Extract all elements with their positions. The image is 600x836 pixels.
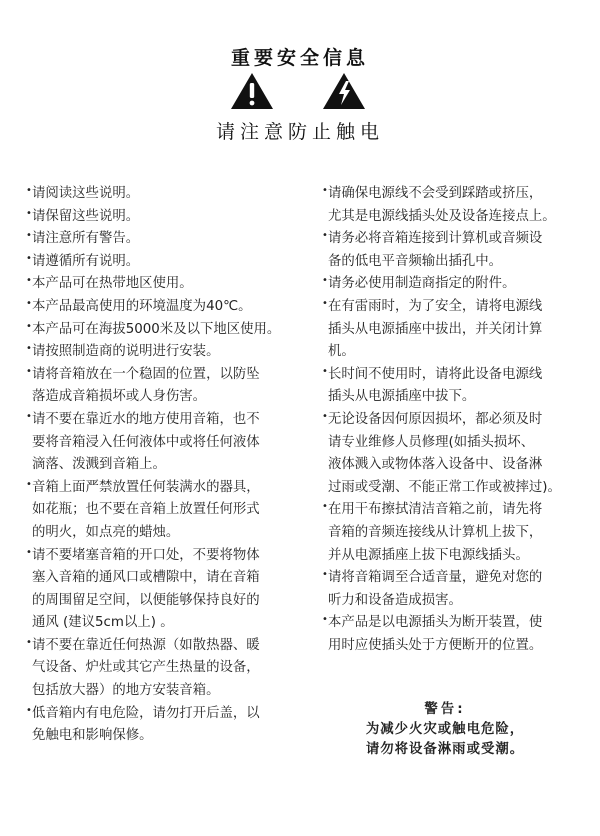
instruction-text: 的周围留足空间，以便能够保持良好的 (32, 590, 298, 613)
bullet-icon: • (322, 270, 328, 293)
bullet-icon: • (26, 248, 32, 271)
instruction-item: •音箱上面严禁放置任何装满水的器具，如花瓶；也不要在音箱上放置任何形式的明火，如… (26, 477, 298, 545)
instruction-text: 低音箱内有电危险，请勿打开后盖，以 (32, 703, 298, 726)
exclamation-warning-icon (230, 72, 274, 110)
bullet-icon: • (26, 270, 32, 293)
bullet-icon: • (322, 180, 328, 203)
bullet-icon: • (322, 293, 328, 316)
instruction-text: 请不要在靠近水的地方使用音箱，也不 (32, 409, 298, 432)
instruction-text: 插头从电源插座中拔下。 (328, 386, 592, 409)
instruction-text: 请将音箱调至合适音量，避免对您的 (328, 567, 592, 590)
instruction-text: 音箱的音频连接线从计算机上拔下， (328, 522, 592, 545)
bullet-icon: • (26, 225, 32, 248)
instruction-item: •请务必使用制造商指定的附件。 (322, 273, 592, 296)
instruction-text: 要将音箱浸入任何液体中或将任何液体 (32, 432, 298, 455)
instruction-item: •请不要在靠近水的地方使用音箱，也不要将音箱浸入任何液体中或将任何液体滴落、泼溅… (26, 409, 298, 477)
bullet-icon: • (26, 338, 32, 361)
instruction-text: 长时间不使用时，请将此设备电源线 (328, 364, 592, 387)
instruction-text: 请务必将音箱连接到计算机或音频设 (328, 228, 592, 251)
bullet-icon: • (26, 700, 32, 723)
bullet-icon: • (26, 203, 32, 226)
instruction-item: •请将音箱放在一个稳固的位置，以防坠落造成音箱损坏或人身伤害。 (26, 364, 298, 409)
instruction-text: 音箱上面严禁放置任何装满水的器具， (32, 477, 298, 500)
bullet-icon: • (26, 632, 32, 655)
instruction-text: 插头从电源插座中拔出，并关闭计算 (328, 319, 592, 342)
instruction-item: • 本产品最高使用的环境温度为40℃。 (26, 296, 298, 319)
instruction-text: 请遵循所有说明。 (32, 251, 298, 274)
instruction-text: 请保留这些说明。 (32, 206, 298, 229)
instruction-text: 尤其是电源线插头处及设备连接点上。 (328, 206, 592, 229)
instruction-item: •请确保电源线不会受到踩踏或挤压，尤其是电源线插头处及设备连接点上。 (322, 183, 592, 228)
instruction-item: •本产品是以电源插头为断开装置，使用时应使插头处于方便断开的位置。 (322, 612, 592, 657)
instruction-text: 请按照制造商的说明进行安装。 (32, 341, 298, 364)
instruction-text: 包括放大器）的地方安装音箱。 (32, 680, 298, 703)
instruction-text: 在用干布擦拭清洁音箱之前，请先将 (328, 499, 592, 522)
bullet-icon: • (26, 180, 32, 203)
warning-line-2: 请勿将设备淋雨或受潮。 (320, 740, 570, 760)
page-subtitle: 请注意防止触电 (0, 117, 600, 144)
instruction-item: •请务必将音箱连接到计算机或音频设备的低电平音频输出插孔中。 (322, 228, 592, 273)
bullet-icon: • (322, 406, 328, 429)
instruction-item: •请不要在靠近任何热源（如散热器、暖气设备、炉灶或其它产生热量的设备，包括放大器… (26, 635, 298, 703)
instruction-item: •请阅读这些说明。 (26, 183, 298, 206)
bullet-icon: • (26, 474, 32, 497)
instruction-item: •低音箱内有电危险，请勿打开后盖，以免触电和影响保修。 (26, 703, 298, 748)
instruction-item: •本产品可在热带地区使用。 (26, 273, 298, 296)
instruction-text: 在有雷雨时，为了安全，请将电源线 (328, 296, 592, 319)
bullet-icon: • (26, 316, 32, 339)
bullet-icon: • (322, 564, 328, 587)
instruction-text: 过雨或受潮、不能正常工作或被摔过)。 (328, 477, 592, 500)
instruction-item: •请按照制造商的说明进行安装。 (26, 341, 298, 364)
bullet-icon: • (26, 293, 32, 316)
warning-icons (0, 72, 600, 112)
instruction-text: 的明火，如点亮的蜡烛。 (32, 522, 298, 545)
instruction-item: •无论设备因何原因损坏，都必须及时请专业维修人员修理(如插头损坏、液体溅入或物体… (322, 409, 592, 499)
instruction-item: •本产品可在海拔5000米及以下地区使用。 (26, 319, 298, 342)
instruction-text: 请确保电源线不会受到踩踏或挤压， (328, 183, 592, 206)
instruction-item: •请注意所有警告。 (26, 228, 298, 251)
instruction-text: 本产品可在海拔5000米及以下地区使用。 (32, 319, 298, 342)
warning-line-1: 为减少火灾或触电危险， (320, 720, 570, 740)
instruction-item: •长时间不使用时，请将此设备电源线插头从电源插座中拔下。 (322, 364, 592, 409)
bullet-icon: • (26, 361, 32, 384)
bullet-icon: • (322, 225, 328, 248)
instruction-item: •请保留这些说明。 (26, 206, 298, 229)
instruction-text: 请注意所有警告。 (32, 228, 298, 251)
instruction-text: 机。 (328, 341, 592, 364)
instruction-text: 本产品最高使用的环境温度为40℃。 (32, 296, 298, 319)
bullet-icon: • (26, 542, 32, 565)
bullet-icon: • (322, 496, 328, 519)
instruction-text: 备的低电平音频输出插孔中。 (328, 251, 592, 274)
bullet-icon: • (322, 609, 328, 632)
instruction-text: 用时应使插头处于方便断开的位置。 (328, 635, 592, 658)
instruction-text: 无论设备因何原因损坏，都必须及时 (328, 409, 592, 432)
instruction-text: 请不要在靠近任何热源（如散热器、暖 (32, 635, 298, 658)
instruction-text: 滴落、泼溅到音箱上。 (32, 454, 298, 477)
instruction-text: 本产品可在热带地区使用。 (32, 273, 298, 296)
electric-shock-warning-icon (322, 72, 366, 110)
instruction-text: 请专业维修人员修理(如插头损坏、 (328, 432, 592, 455)
instruction-text: 请阅读这些说明。 (32, 183, 298, 206)
instruction-text: 请不要堵塞音箱的开口处，不要将物体 (32, 545, 298, 568)
left-column-instructions: •请阅读这些说明。•请保留这些说明。•请注意所有警告。•请遵循所有说明。•本产品… (26, 183, 298, 748)
instruction-text: 并从电源插座上拔下电源线插头。 (328, 545, 592, 568)
instruction-item: •请将音箱调至合适音量，避免对您的听力和设备造成损害。 (322, 567, 592, 612)
bullet-icon: • (26, 406, 32, 429)
instruction-item: •在用干布擦拭清洁音箱之前，请先将音箱的音频连接线从计算机上拔下，并从电源插座上… (322, 499, 592, 567)
warning-box: 警告: 为减少火灾或触电危险， 请勿将设备淋雨或受潮。 (320, 700, 570, 760)
instruction-text: 请将音箱放在一个稳固的位置，以防坠 (32, 364, 298, 387)
instruction-item: •在有雷雨时，为了安全，请将电源线插头从电源插座中拔出，并关闭计算机。 (322, 296, 592, 364)
instruction-text: 通风 (建议5cm以上) 。 (32, 612, 298, 635)
instruction-text: 落造成音箱损坏或人身伤害。 (32, 386, 298, 409)
right-column-instructions: •请确保电源线不会受到踩踏或挤压，尤其是电源线插头处及设备连接点上。•请务必将音… (322, 183, 592, 657)
warning-title: 警告: (320, 700, 570, 720)
instruction-item: •请遵循所有说明。 (26, 251, 298, 274)
instruction-text: 如花瓶；也不要在音箱上放置任何形式 (32, 499, 298, 522)
instruction-text: 请务必使用制造商指定的附件。 (328, 273, 592, 296)
instruction-text: 免触电和影响保修。 (32, 725, 298, 748)
instruction-item: •请不要堵塞音箱的开口处，不要将物体塞入音箱的通风口或槽隙中，请在音箱的周围留足… (26, 545, 298, 635)
instruction-text: 气设备、炉灶或其它产生热量的设备， (32, 657, 298, 680)
instruction-text: 塞入音箱的通风口或槽隙中，请在音箱 (32, 567, 298, 590)
instruction-text: 液体溅入或物体落入设备中、设备淋 (328, 454, 592, 477)
instruction-text: 听力和设备造成损害。 (328, 590, 592, 613)
bullet-icon: • (322, 361, 328, 384)
page-title: 重要安全信息 (0, 43, 600, 70)
instruction-text: 本产品是以电源插头为断开装置，使 (328, 612, 592, 635)
